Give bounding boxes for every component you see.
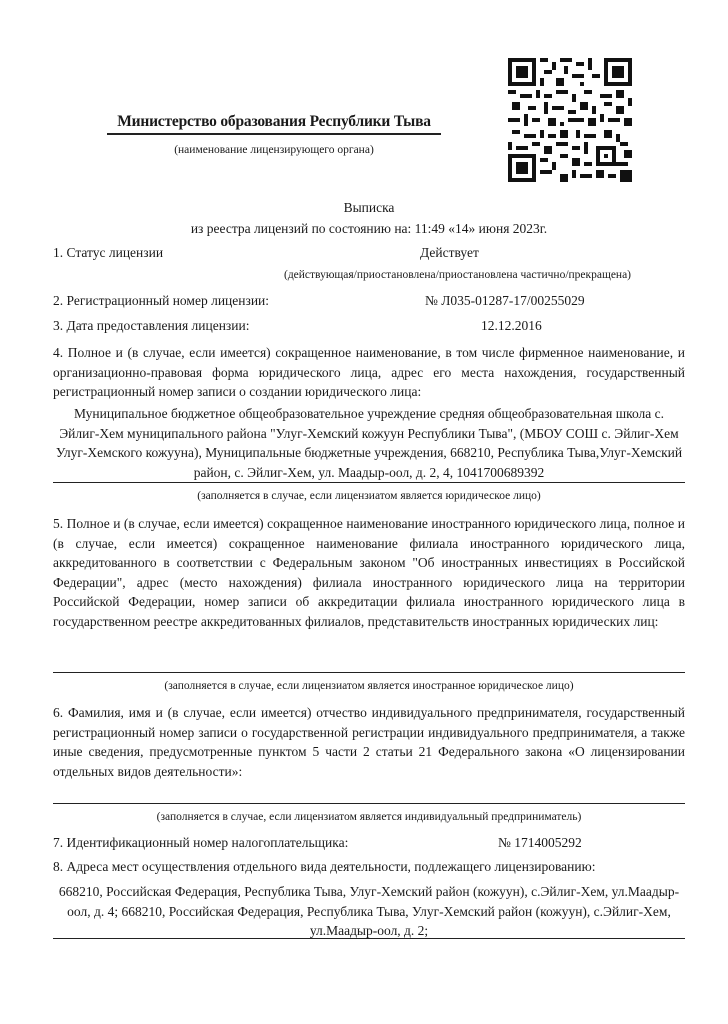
status-label: 1. Статус лицензии — [53, 245, 163, 261]
issue-date-value: 12.12.2016 — [481, 318, 542, 334]
legal-entity-value: Муниципальное бюджетное общеобразователь… — [53, 404, 685, 482]
individual-label: 6. Фамилия, имя и (в случае, если имеетс… — [53, 703, 685, 781]
issue-date-label: 3. Дата предоставления лицензии: — [53, 318, 249, 334]
status-value: Действует — [420, 245, 479, 261]
reg-number-label: 2. Регистрационный номер лицензии: — [53, 293, 269, 309]
divider — [53, 672, 685, 673]
licensing-authority-name: Министерство образования Республики Тыва — [107, 113, 441, 135]
qr-code-icon — [508, 58, 632, 182]
divider — [53, 803, 685, 804]
divider — [53, 482, 685, 483]
legal-entity-caption: (заполняется в случае, если лицензиатом … — [53, 490, 685, 502]
licensing-authority-caption: (наименование лицензирующего органа) — [107, 144, 441, 156]
document-subtitle: из реестра лицензий по состоянию на: 11:… — [53, 221, 685, 237]
inn-value: № 1714005292 — [498, 835, 582, 851]
reg-number-value: № Л035-01287-17/00255029 — [425, 293, 585, 309]
divider — [53, 938, 685, 939]
legal-entity-label: 4. Полное и (в случае, если имеется) сок… — [53, 343, 685, 402]
status-caption: (действующая/приостановлена/приостановле… — [230, 269, 685, 281]
addresses-label: 8. Адреса мест осуществления отдельного … — [53, 859, 693, 875]
inn-label: 7. Идентификационный номер налогоплатель… — [53, 835, 348, 851]
addresses-value: 668210, Российская Федерация, Республика… — [53, 882, 685, 941]
document-title: Выписка — [53, 200, 685, 216]
foreign-entity-label: 5. Полное и (в случае, если имеется) сок… — [53, 514, 685, 631]
foreign-entity-caption: (заполняется в случае, если лицензиатом … — [53, 680, 685, 692]
individual-caption: (заполняется в случае, если лицензиатом … — [53, 811, 685, 823]
